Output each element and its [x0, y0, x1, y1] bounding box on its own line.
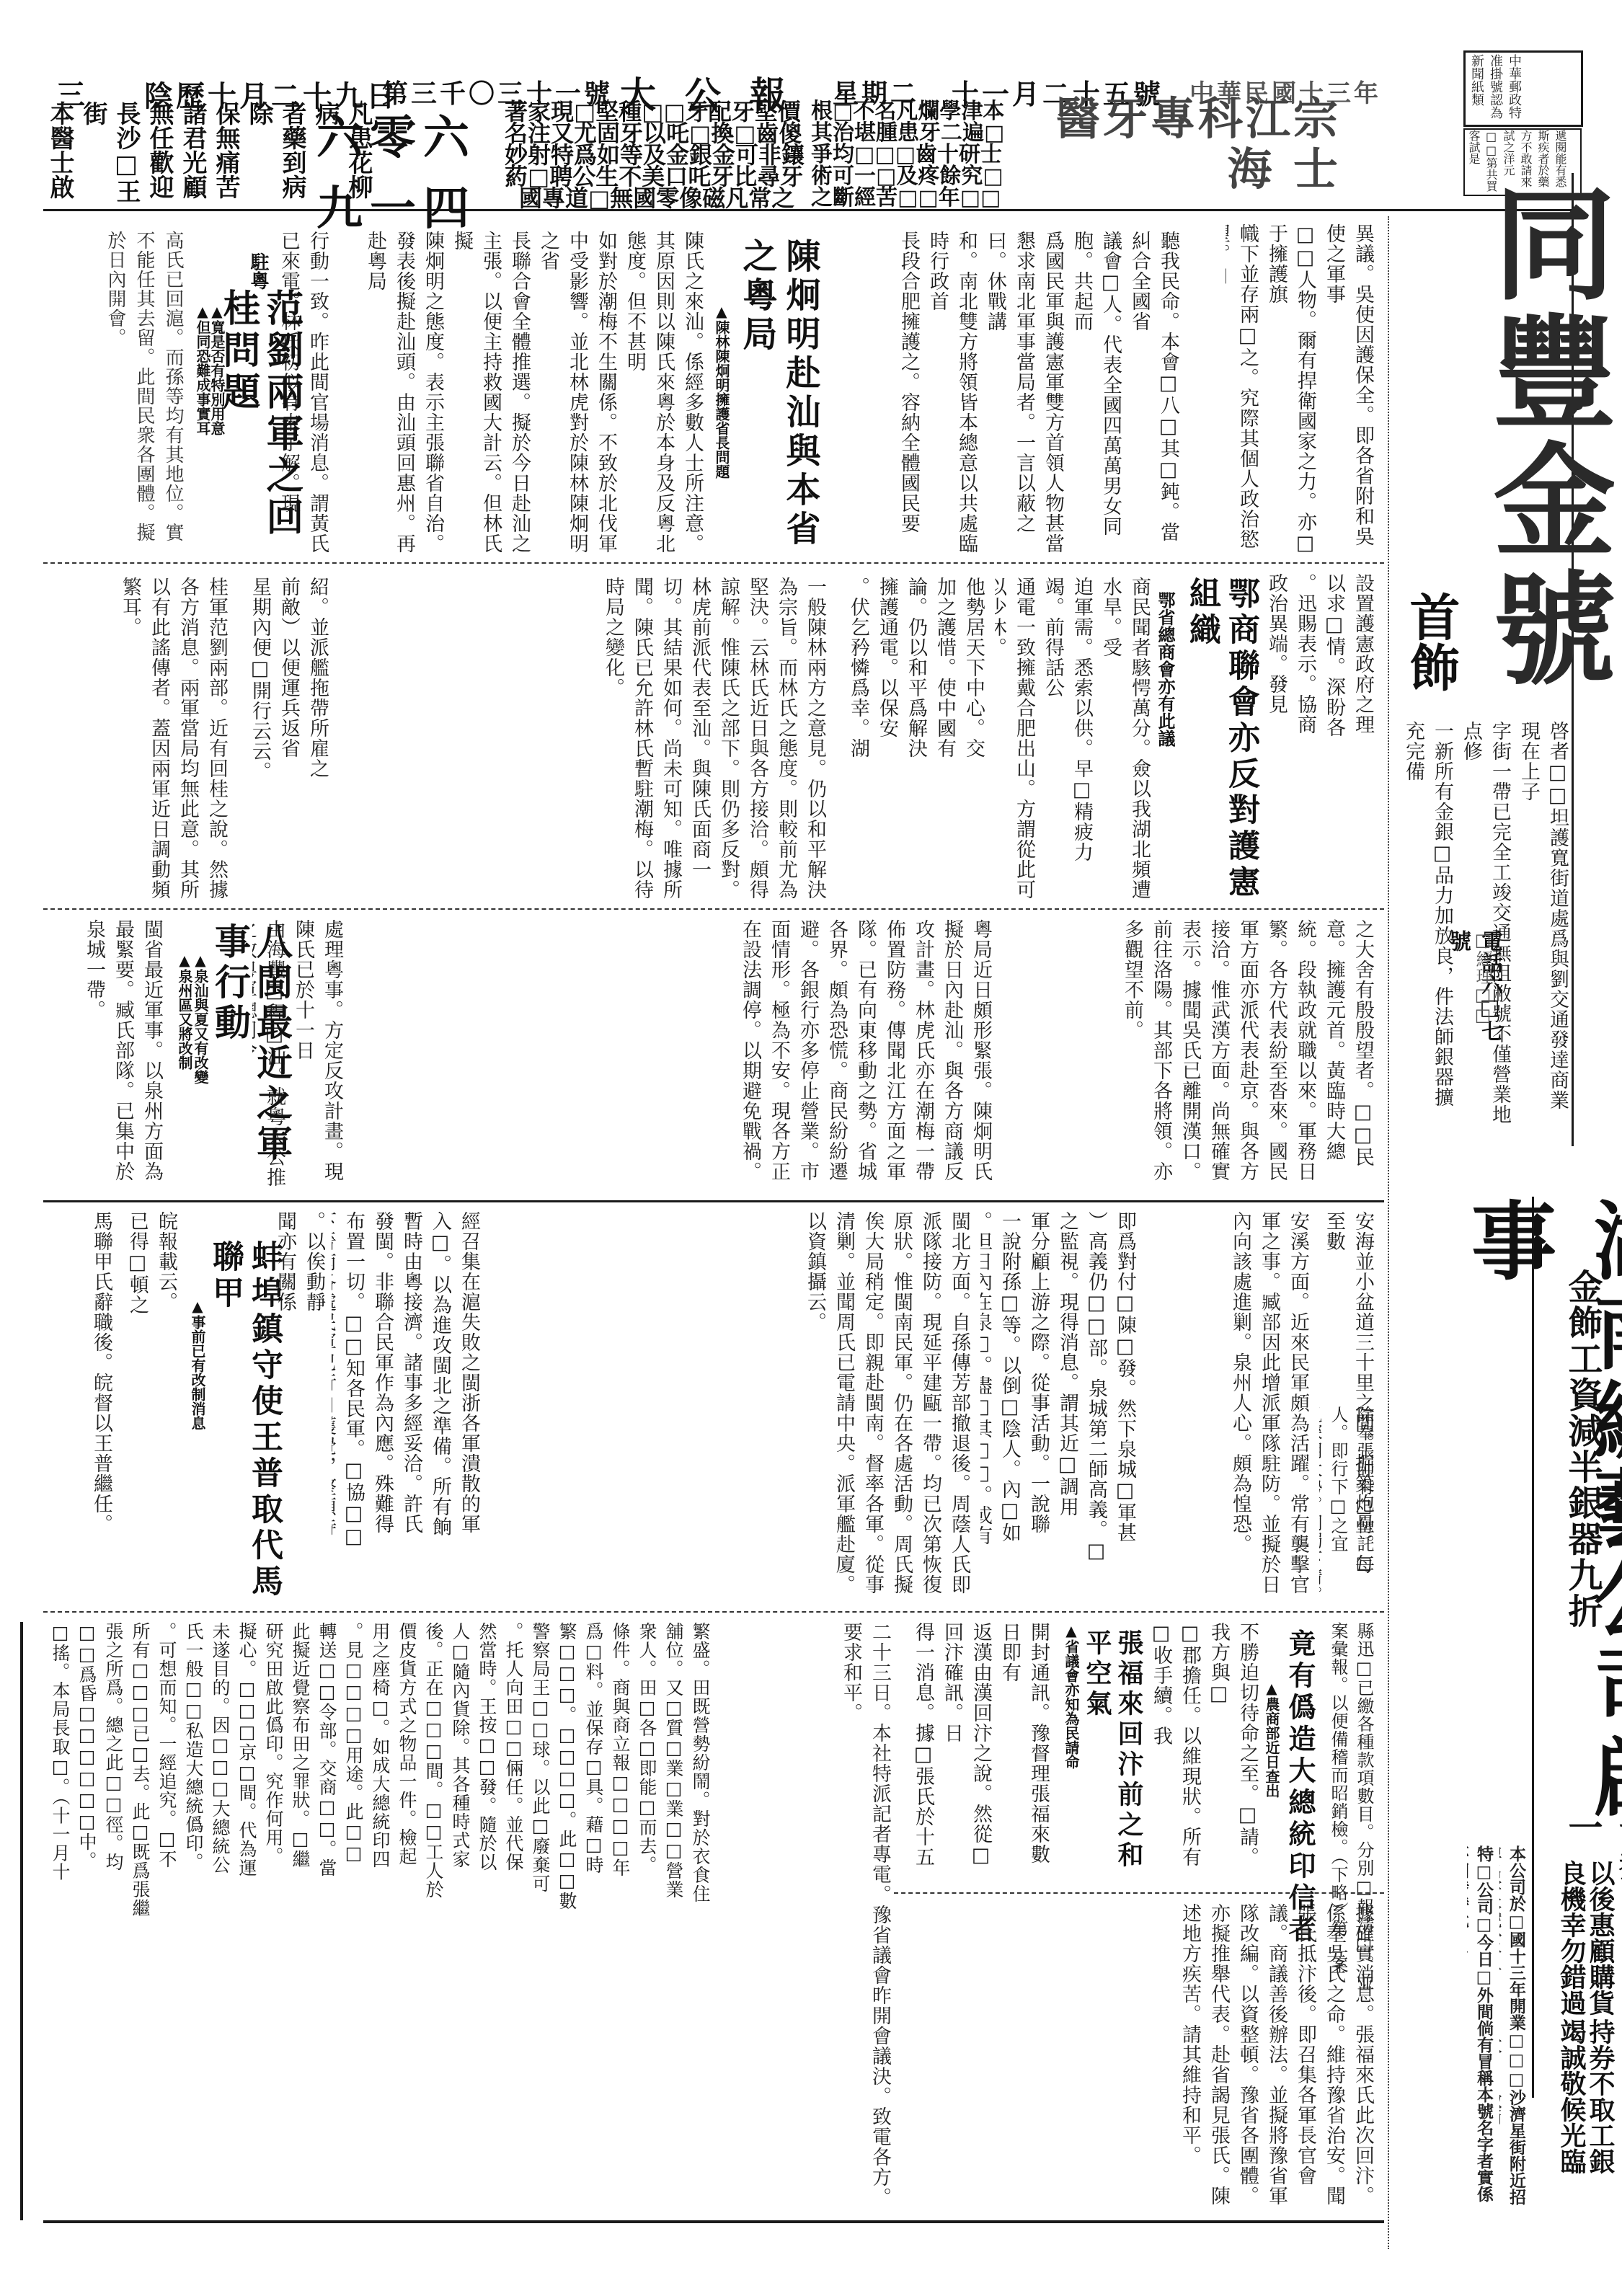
article-col: 迫軍需。悉索以供。早□精疲力竭。前得話公 [1038, 577, 1096, 901]
hunan-embroidery-text-1: 本公司於□國十三年開業□□□沙濟星街附近招牌名字本號於十一□□□故□□撤消 [1499, 1845, 1528, 2206]
article-eight-fujian-body: 即爲對付□陳□發。然下泉城□軍甚 ）高義仍□□部。泉城第二師高義。□ 之監視。現… [980, 1211, 1139, 1600]
masthead-subtitle: 首飾 [1395, 591, 1468, 721]
article-col: □□爲昏□□□□□□中。 [74, 1622, 100, 2213]
article-col: ）高義仍□□部。泉城第二師高義。□ [1081, 1211, 1110, 1600]
article-col: □郡擔任。以維現狀。所有□收手續。我 [1146, 1622, 1204, 1881]
notice-col: 者藥到病除 [242, 101, 309, 216]
article-col: 。托人向田□□倆任。並代保 [500, 1622, 527, 2213]
article-col: 然當時。王按□□發。隨於以 [474, 1622, 500, 2213]
headline-hubei-merchants: 鄂商聯會亦反對護憲組織 [1182, 577, 1260, 901]
article-col: 論。仍以和平爲解決 [901, 577, 930, 901]
article-row2-middle: 一般陳林兩方之意見。仍以和平解決為宗旨。而林氏之態度。則較前尤為堅決。云林氏近日… [339, 577, 829, 901]
hunan-embroidery-text-2: 特□公司□今日□外間倘有冒稱本號名字者實係不相涉特此□白 [1467, 1845, 1496, 2206]
headline-eight-fujian: 八閩最近之軍事行動 [209, 923, 293, 1197]
dentist-calligraphy: 醫牙專科江宗海 士 [1038, 94, 1341, 209]
article-col: 衆人。田□各□即能□而去。 [634, 1622, 660, 2213]
article-col: 皖報載云。 [151, 1211, 180, 1600]
gold-ornament-col1: 以後惠顧購貨 [1586, 1860, 1615, 2018]
article-col: 擬心。□□□京□間。代為運 [234, 1622, 260, 2213]
column-divider [1388, 216, 1389, 2249]
article-bengbu-body: 皖報載云。 已得□頓之 [123, 1211, 180, 1600]
article-fengtian-2: 除奉張帥有□付託□人。即行下□之宜 見深明大勢。洞燭下情。□風□領。□ [1319, 1406, 1377, 1608]
article-col: 處理粵事。方定反攻計畫。現陳氏已於十一日 [288, 919, 346, 1193]
article-col: 長聯合會全體推選。擬於今日赴汕之主張。以便主持救國大計云。但林氏擬 [447, 231, 533, 555]
article-col: 一說附孫□等。以倒□陰人。內□如 [995, 1211, 1024, 1600]
article-col: 加之護惜。使中國有 [930, 577, 959, 901]
kicker-bengbu: ▲事前已有改制消息 [186, 1298, 209, 1485]
article-col: 繁□□□。□□□□。此□□數 [554, 1622, 580, 2213]
article-col: 張之所爲。總之此□□徑。均 [100, 1622, 127, 2213]
article-col: 長段合肥擁護之。容納全體國民要求。迅即停 [894, 231, 923, 555]
article-col: 得一消息。據□張氏於十五日搭專車由漢 [908, 1622, 937, 1881]
article-col: 研究田啟此僞印。究作何用。 [260, 1622, 287, 2213]
notice-col: 諸君光顧無任歡迎 [143, 101, 209, 216]
article-col: 擁護通電。以保安 [872, 577, 901, 901]
article-col: 即爲對付□陳□發。然下泉城□軍甚 [1110, 1211, 1139, 1600]
masthead-title: 同豐金號 [1456, 180, 1622, 728]
article-row3-left: 閩省最近軍事。以泉州方面為最緊要。臧氏部隊。已集中於泉城一帶。 [43, 919, 166, 1193]
article-col: 。以俟動靜 [299, 1211, 328, 1600]
article-col: 此擬近覺察布田之罪狀。□繼 [287, 1622, 314, 2213]
article-col: 。可想而知。一經追究。□不 [154, 1622, 180, 2213]
article-row5-right-lower: 據確實消息。張福來氏此次回汴。係奉吳氏之命。維持豫省治安。聞張氏抵汴後。即召集各… [901, 1903, 1377, 2213]
kicker-eight-fujian-2: ▲泉州區又將改制 [173, 952, 196, 1125]
kicker-chen-jiongming: ▲陳林陳炯明擁護省長問題 [710, 303, 733, 548]
register-box: 中華郵政特准掛號認為新聞紙類 [1463, 50, 1583, 127]
headline-fan-liu: 范劉兩軍之回桂問題 [216, 288, 303, 562]
article-fan-liu-tail: 紹。並派艦拖帶所雇之 前敵）以便運兵返省 星期內便□開行云云。 [238, 577, 332, 901]
article-fan-liu-cont: 高氏已回滬。而孫等均有其地位。實不能任其去留。此間民衆各團體。擬於日內開會。 [43, 231, 187, 555]
article-col: 轉送□□令部。交商□□。當 [314, 1622, 340, 2213]
notice-col: 保無痛苦 [209, 101, 242, 216]
article-col: 用之座椅□。如成大總統印四 [367, 1622, 394, 2213]
kicker-fake-seal: ▲農商部近日查出 [1260, 1680, 1283, 1853]
headline-bengbu: 蚌埠鎮守使王普取代馬聯甲 [205, 1240, 283, 1600]
article-col: 條件。商與商立報□□□□年 [607, 1622, 634, 2213]
article-col: 商民聞者駭愕萬分。僉以我湖北頻遭水旱。受 [1096, 577, 1153, 901]
row-divider [43, 1611, 1384, 1613]
article-col: 。見□□□□用途。此□□ [340, 1622, 367, 2213]
article-col: 和。南北雙方將領皆本總意以共處臨時行政首 [923, 231, 980, 555]
article-col: 紹。並派艦拖帶所雇之 [303, 577, 332, 901]
kicker-fan-liu-2: ▲但同恐難成事實耳 [191, 303, 214, 490]
article-col: 警察局王□□球。以此□廢棄可 [527, 1622, 554, 2213]
article-peace-appeal-2: 他勢居天下中心。交 加之護惜。使中國有 論。仍以和平爲解決 擁護通電。以保安 。… [836, 577, 988, 901]
article-row2-left: 桂軍范劉兩部。近有回桂之說。然據各方消息。兩軍當局均無此意。其所以有此謠傳者。蓋… [43, 577, 231, 901]
headline-henan: 張福來回汴前之和平空氣 [1081, 1629, 1145, 1889]
row-divider [43, 908, 1384, 910]
dental-line: 其治堪腫患牙二遍□ [811, 123, 1020, 144]
article-col: 。迅賜表示。協商 [1290, 573, 1319, 905]
left-page-edge [20, 1622, 23, 2220]
gold-ornament-col4: 竭誠敬候光臨 [1557, 2018, 1586, 2191]
article-col: 暫時由粵接濟。諸事多經妥洽。許氏 [396, 1211, 425, 1600]
article-col: 軍分顧上游之際。從事活動。一說聯 [1024, 1211, 1052, 1600]
article-col: 政治異端。發見 [1262, 573, 1290, 905]
article-col: 爲國民軍與護憲軍雙方首領人物甚當調和之任 [1038, 231, 1067, 555]
register-text: 中華郵政特准掛號認為新聞紙類 [1466, 53, 1525, 125]
article-row3-right: 之大舍有殷殷望者。□□民意。擁護元首。黃臨時大總統。段執政就職以來。軍務日繁。各… [1009, 919, 1377, 1193]
bottom-rule [43, 2220, 1384, 2223]
section-divider [43, 1200, 1384, 1202]
article-col: 發閩。非聯合民軍作為內應。殊難得 [368, 1211, 396, 1600]
dental-ad-right: 根□不名凡爛學津本 其治堪腫患牙二遍□ 爭均□□□齒十研士 術可一□及疼餘究□ … [811, 101, 1020, 209]
article-zhejiang-scattered: 經召集在滬失敗之閩浙各軍潰散的軍 入□。以為進攻閩北之準備。所有餉 暫時由粵接濟… [332, 1211, 483, 1600]
gold-ornament-col3: 持券不取工銀 [1586, 2018, 1615, 2191]
phone-number-art: 六零六 九一四 [303, 101, 490, 238]
masthead-manager: □經理□□ [1471, 930, 1496, 1045]
article-col: 前敵）以便運兵返省 [274, 577, 303, 901]
article-wu-guarantee-cont: 設置護憲政府之理 以求□情。深盼各 。迅賜表示。協商 政治異端。發見 [1254, 573, 1377, 905]
article-chen-body: 陳氏之來汕。係經多數人士所注意。其原因則以陳氏來粵於本身及反粵北態度。但不甚明 … [360, 231, 706, 555]
article-col: 。但日內在泉□。盡□其□□。或有 [980, 1211, 995, 1600]
article-col: 見深明大勢。洞燭下情。□風□領。□ [1319, 1406, 1325, 1608]
article-col: 返漢由漢回汴之說。然從□回汴確訊。日 [937, 1622, 995, 1881]
article-col: 聽我民命。本會□八□其□鈍。當糾合全國省 [1125, 231, 1182, 555]
notice-col: 字街一帶已完全工竣交通無阻敝號不僅營業地点修 [1456, 721, 1514, 1125]
article-col: 。伏乞矜憐爲幸。湖 [843, 577, 872, 901]
article-col: 後。正在□□□間。□□工人於 [420, 1622, 447, 2213]
phone-art-bottom: 九一四 [303, 172, 490, 238]
headline-chen-jiongming: 陳炯明赴汕與本省之粵局 [735, 238, 822, 555]
gold-ornament-headline: 金飾工資減半銀器九折 [1557, 1269, 1608, 1817]
article-hubei-body-2: 商民聞者駭愕萬分。僉以我湖北頻遭水旱。受 迫軍需。悉索以供。早□精疲力竭。前得話… [995, 577, 1153, 901]
phone-art-top: 六零六 [303, 101, 490, 167]
article-col: 異議。吳使因護保全。即各省附和吳使之軍事 [1319, 223, 1377, 555]
kicker-hubei-merchants: 鄂省總商會亦有此議 [1153, 591, 1176, 807]
article-row4-middle: 閩北方面。自孫傳芳部撤退後。周蔭人氏即派隊接防。現延平建甌一帶。均已次第恢復原狀… [490, 1211, 973, 1600]
article-col: 議會□人。代表全國四萬萬男女同胞。共起而 [1067, 231, 1125, 555]
article-col: 幟下並存兩□之。究際其個人政治慾望。□ [1226, 223, 1262, 555]
article-col: 不勝迫切待命之至。□請。我方與□ [1204, 1622, 1262, 1881]
article-col: 布置一切。□□知各民軍。□協□□ [339, 1211, 368, 1600]
article-col: 繁盛。田既營勢紛鬧。對於衣食住 [687, 1622, 714, 2213]
article-henan-appeal: 不勝迫切待命之至。□請。我方與□ □郡擔任。以維現狀。所有□收手續。我 全權。弟… [1146, 1622, 1262, 1881]
notice-col: 啓者□□坦護寬街道處爲與劉交通發達商業現在上子 [1514, 721, 1572, 1125]
article-peace-appeal: 懇求南北軍事當局者。一言以蔽之曰。休戰講 和。南北雙方將領皆本總意以共處臨時行政… [894, 231, 1038, 555]
article-col: □搖。本局長取□。（十一月十 [47, 1622, 74, 2213]
row-divider [43, 562, 1384, 564]
article-col: 如對於潮梅不生關係。不致於北伐軍中受影響。並北林虎對於陳林陳炯明之省 [533, 231, 620, 555]
notice-col: 長沙□王街 [76, 101, 143, 216]
article-col: 入□。以為進攻閩北之準備。所有餉 [425, 1211, 454, 1600]
calligraphy-line2: 士 [1293, 143, 1341, 195]
article-col: 開封通訊。豫督理張福來數日即有 [995, 1622, 1052, 1881]
dental-line: 術可一□及疼餘究□ [811, 166, 1020, 187]
article-col: 價皮貨方式之物品一件。檢起 [394, 1622, 420, 2213]
article-henan-body: 開封通訊。豫督理張福來數日即有 返漢由漢回汴之說。然從□回汴確訊。日 得一消息。… [908, 1622, 1052, 1881]
article-col: 他勢居天下中心。交 [959, 577, 988, 901]
row-divider [894, 1892, 1384, 1894]
article-col: 舖位。又□質□業□業□□營業 [660, 1622, 687, 2213]
article-col: 人□隨內貨除。其各種時式家 [447, 1622, 474, 2213]
article-col: 已得□頓之 [123, 1211, 151, 1600]
article-col: 所有□□□已□去。此□既爲張繼 [127, 1622, 154, 2213]
gold-ornament-col2: 良機幸勿錯過 [1557, 1860, 1586, 2018]
article-row4-right: 安溪方面。近來民軍頗為活躍。常有襲擊官軍之事。臧部因此增派軍隊駐防。並擬於日內向… [1146, 1211, 1312, 1600]
masthead-notice: 啓者□□坦護寬街道處爲與劉交通發達商業現在上子 字街一帶已完全工竣交通無阻敝號不… [1399, 721, 1572, 1125]
article-row4-left: 馬聯甲氏辭職後。皖督以王普繼任。 [43, 1211, 115, 1600]
notice-col: 本醫士啟 [43, 101, 76, 216]
article-col: 之監視。現得消息。謂其近□調用 [1052, 1211, 1081, 1600]
article-col: 以求□情。深盼各 [1319, 573, 1348, 905]
article-col: 經召集在滬失敗之閩浙各軍潰散的軍 [454, 1211, 483, 1600]
article-wu-guarantee: 異議。吳使因護保全。即各省附和吳使之軍事 □□人物。爾有捍衛國家之力。亦□于擁護… [1226, 223, 1377, 555]
article-col: 氏一般□□私造大總統僞印。 [180, 1622, 207, 2213]
article-col: 通電一致擁戴合肥出山。方謂從此可以少休。 [995, 577, 1038, 901]
article-col: 星期內便□開行云云。 [245, 577, 274, 901]
article-col: 除奉張帥有□付託□人。即行下□之宜 [1325, 1406, 1377, 1608]
article-col: 懇求南北軍事當局者。一言以蔽之曰。休戰講 [980, 231, 1038, 555]
article-col: 未遂目的。因□□□大總統公 [207, 1622, 234, 2213]
article-col: □□人物。爾有捍衛國家之力。亦□于擁護旗 [1262, 223, 1319, 555]
article-col: 陳炯明之態度。表示主張聯省自治。發表後擬赴汕頭。由汕頭回惠州。再赴粵局 [360, 231, 447, 555]
article-col: 設置護憲政府之理 [1348, 573, 1377, 905]
dental-line: 爭均□□□齒十研士 [811, 144, 1020, 166]
article-fake-seal-body: 繁盛。田既營勢紛鬧。對於衣食住 舖位。又□質□業□業□□營業 衆人。田□各□即能… [43, 1622, 714, 2213]
dental-line: 之斷經苦□□年□□ [811, 187, 1020, 209]
dental-line: 根□不名凡爛學津本 [811, 101, 1020, 123]
article-hubei-body: 聽我民命。本會□八□其□鈍。當糾合全國省 議會□人。代表全國四萬萬男女同胞。共起… [1038, 231, 1182, 555]
article-col: 下晉南各處民軍已行□獲覺，整頓待 [332, 1211, 339, 1600]
article-col: 陳氏之來汕。係經多數人士所注意。其原因則以陳氏來粵於本身及反粵北態度。但不甚明 [620, 231, 706, 555]
notice-col: 一新所有金銀□品力加放良，件法師銀器擴充完備 [1399, 721, 1456, 1125]
article-row3-middle: 粵局近日頗形緊張。陳炯明氏擬於日內赴汕。與各方商議反攻計畫。林虎氏亦在潮梅一帶佈… [360, 919, 995, 1193]
article-row5-middle: 二十三日。本社特派記者專電。豫省議會昨開會議決。致電各方。要求和平。 [721, 1622, 894, 2213]
article-col: 爲□料。並保存□具。藉□時 [580, 1622, 607, 2213]
kicker-henan: ▲省議會亦知為民請命 [1060, 1622, 1083, 1809]
